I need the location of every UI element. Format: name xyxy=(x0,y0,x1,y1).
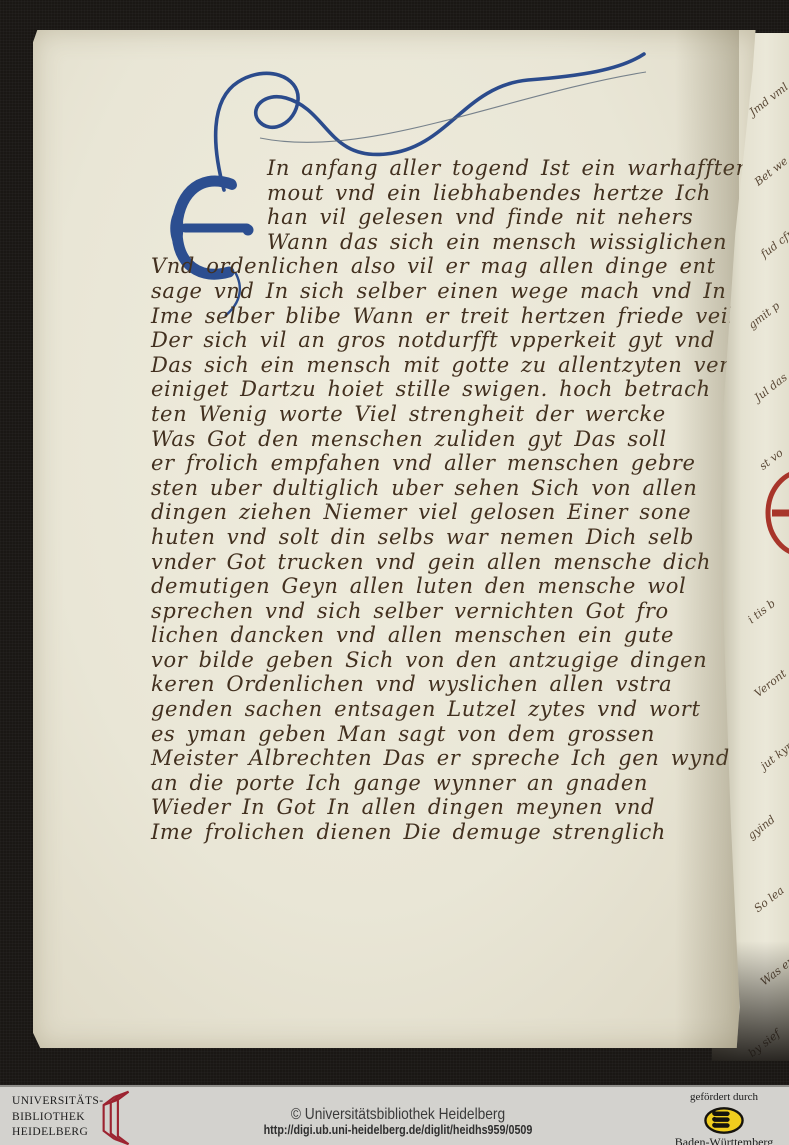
manuscript-line: In anfang aller togend Ist ein warhaffte… xyxy=(151,156,751,181)
manuscript-line: sage vnd In sich selber einen wege mach … xyxy=(151,279,751,304)
manuscript-line: lichen dancken vnd allen menschen ein gu… xyxy=(151,623,751,648)
edge-fragment: Was er xyxy=(758,955,789,989)
manuscript-line: sprechen vnd sich selber vernichten Got … xyxy=(151,599,751,624)
footer-bar: UNIVERSITÄTS- BIBLIOTHEK HEIDELBERG © Un… xyxy=(0,1085,789,1145)
manuscript-line: Ime selber blibe Wann er treit hertzen f… xyxy=(151,304,751,329)
source-url: http://digi.ub.uni-heidelberg.de/diglit/… xyxy=(264,1123,533,1137)
credit-block: © Universitätsbibliothek Heidelberg http… xyxy=(264,1106,533,1137)
manuscript-line: ten Wenig worte Viel strengheit der werc… xyxy=(151,402,751,427)
edge-fragment: by sief xyxy=(746,1027,783,1060)
manuscript-line: vnder Got trucken vnd gein allen mensche… xyxy=(151,550,751,575)
manuscript-line: Was Got den menschen zuliden gyt Das sol… xyxy=(151,427,751,452)
copyright-line: © Universitätsbibliothek Heidelberg xyxy=(264,1106,533,1123)
red-initial-circle-icon xyxy=(752,461,789,571)
manuscript-line: Ime frolichen dienen Die demuge strengli… xyxy=(151,820,751,845)
edge-fragment: fud cfn xyxy=(758,226,789,260)
library-name-line1: UNIVERSITÄTS- xyxy=(12,1094,103,1110)
edge-fragment: i tis b xyxy=(745,597,778,626)
manuscript-line: han vil gelesen vnd finde nit nehers xyxy=(151,205,751,230)
manuscript-line: sten uber dultiglich uber sehen Sich von… xyxy=(151,476,751,501)
library-name-line3: HEIDELBERG xyxy=(12,1125,103,1141)
manuscript-line: keren Ordenlichen vnd wyslichen allen vs… xyxy=(151,672,751,697)
manuscript-page: In anfang aller togend Ist ein warhaffte… xyxy=(33,30,757,1048)
manuscript-line: einiget Dartzu hoiet stille swigen. hoch… xyxy=(151,377,751,402)
edge-fragment: Jmd vml xyxy=(747,80,789,118)
edge-fragment: gyind xyxy=(745,813,777,842)
funding-label: gefördert durch xyxy=(665,1091,783,1104)
baden-wuerttemberg-arms-icon xyxy=(703,1106,745,1135)
manuscript-line: Vnd ordenlichen also vil er mag allen di… xyxy=(151,254,751,279)
edge-fragment: gmit p xyxy=(746,299,782,331)
edge-fragment: So lea xyxy=(752,884,787,915)
manuscript-line: Wieder In Got In allen dingen meynen vnd xyxy=(151,795,751,820)
edge-fragment: jut kyn xyxy=(758,739,789,773)
manuscript-line: es yman geben Man sagt von dem grossen xyxy=(151,722,751,747)
manuscript-line: demutigen Geyn allen luten den mensche w… xyxy=(151,574,751,599)
manuscript-line: an die porte Ich gange wynner an gnaden xyxy=(151,771,751,796)
edge-fragment: Veront xyxy=(752,667,789,700)
funding-region: Baden-Württemberg xyxy=(665,1136,783,1145)
edge-fragment: Jul das xyxy=(752,371,789,404)
manuscript-text: In anfang aller togend Ist ein warhaffte… xyxy=(151,156,751,845)
manuscript-line: vor bilde geben Sich von den antzugige d… xyxy=(151,648,751,673)
library-name: UNIVERSITÄTS- BIBLIOTHEK HEIDELBERG xyxy=(12,1094,103,1141)
manuscript-line: Der sich vil an gros notdurfft vpperkeit… xyxy=(151,328,751,353)
manuscript-line: er frolich empfahen vnd aller menschen g… xyxy=(151,451,751,476)
edge-fragment: Bet we xyxy=(752,155,789,189)
manuscript-line: genden sachen entsagen Lutzel zytes vnd … xyxy=(151,697,751,722)
manuscript-line: mout vnd ein liebhabendes hertze Ich xyxy=(151,181,751,206)
manuscript-line: huten vnd solt din selbs war nemen Dich … xyxy=(151,525,751,550)
manuscript-line: Meister Albrechten Das er spreche Ich ge… xyxy=(151,746,751,771)
ub-heidelberg-logo-icon xyxy=(92,1089,142,1145)
manuscript-line: dingen ziehen Niemer viel gelosen Einer … xyxy=(151,500,751,525)
digitized-manuscript-scan: Jmd vmlBet wefud cfngmit pJul dasst voi … xyxy=(0,0,789,1145)
library-name-line2: BIBLIOTHEK xyxy=(12,1110,103,1126)
manuscript-line: Wann das sich ein mensch wissiglichen xyxy=(151,230,751,255)
manuscript-line: Das sich ein mensch mit gotte zu allentz… xyxy=(151,353,751,378)
funding-block: gefördert durch Baden-Württemberg xyxy=(665,1091,783,1145)
